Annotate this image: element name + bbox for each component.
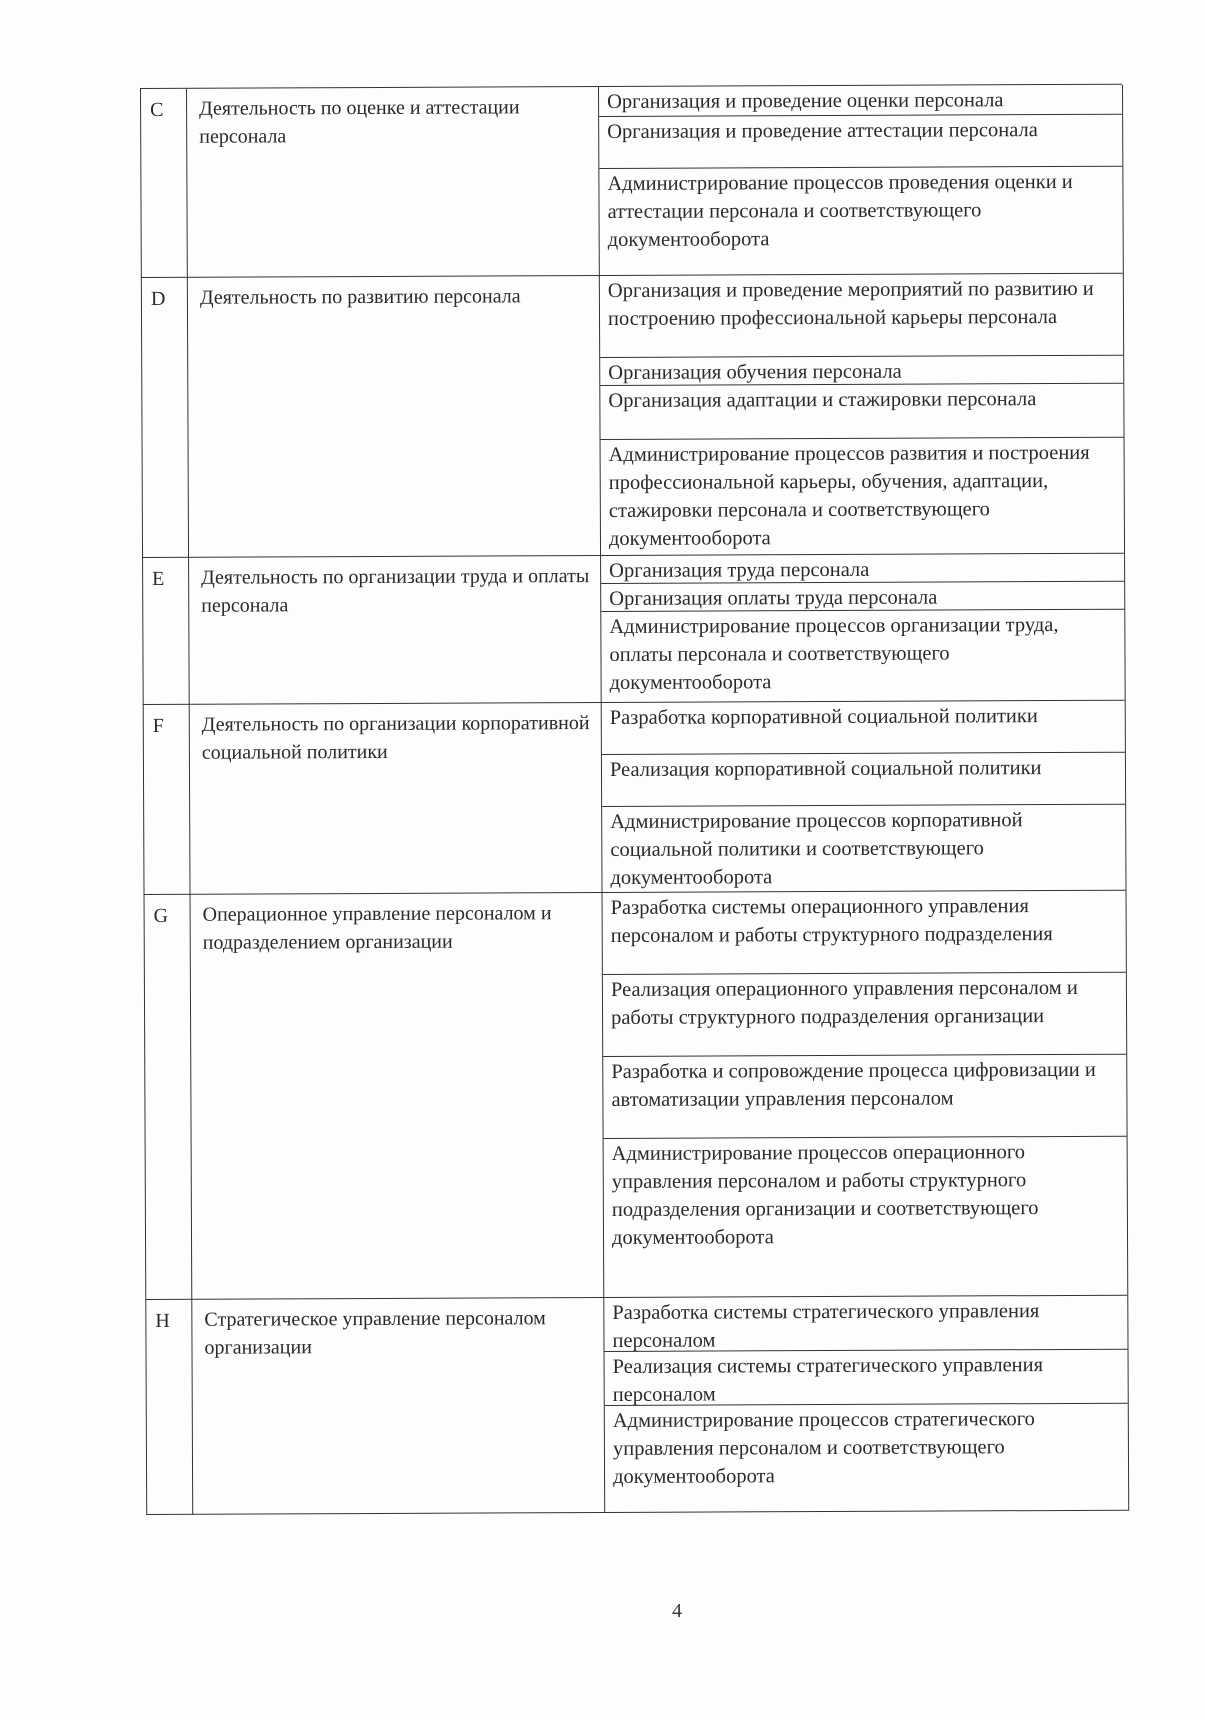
table-row-group: EДеятельность по организации труда и опл… xyxy=(142,554,1125,705)
function-item: Администрирование процессов стратегическ… xyxy=(605,1404,1128,1513)
function-item: Реализация корпоративной социальной поли… xyxy=(602,753,1125,807)
function-item: Организация адаптации и стажировки персо… xyxy=(600,384,1123,440)
functions-list: Организация и проведение мероприятий по … xyxy=(600,274,1125,556)
row-code: G xyxy=(145,895,193,1300)
table-row-group: CДеятельность по оценке и аттестации пер… xyxy=(140,84,1123,278)
function-item: Администрирование процессов корпоративно… xyxy=(602,805,1125,893)
activity-name: Деятельность по оценке и аттестации перс… xyxy=(187,87,600,279)
function-item: Реализация системы стратегического управ… xyxy=(605,1350,1128,1406)
functions-list: Организация и проведение оценки персонал… xyxy=(599,85,1124,277)
function-item: Разработка системы стратегического управ… xyxy=(604,1296,1127,1352)
function-item: Администрирование процессов организации … xyxy=(601,610,1124,703)
function-item: Администрирование процессов проведения о… xyxy=(599,167,1122,277)
functions-table: CДеятельность по оценке и аттестации пер… xyxy=(140,84,1128,1515)
function-item: Разработка и сопровождение процесса цифр… xyxy=(603,1055,1126,1139)
table-row-group: GОперационное управление персоналом и по… xyxy=(144,891,1128,1300)
row-code: D xyxy=(142,278,189,558)
function-item: Организация и проведение оценки персонал… xyxy=(599,85,1122,117)
function-item: Организация и проведение аттестации перс… xyxy=(599,115,1122,169)
function-item: Реализация операционного управления перс… xyxy=(603,973,1126,1057)
row-code: F xyxy=(144,705,191,895)
activity-name: Операционное управление персоналом и под… xyxy=(191,893,605,1300)
activity-name: Стратегическое управление персоналом орг… xyxy=(192,1298,605,1515)
row-code: H xyxy=(146,1300,193,1515)
page-number: 4 xyxy=(672,1600,682,1623)
activity-name: Деятельность по организации корпоративно… xyxy=(190,703,603,895)
functions-list: Организация труда персоналаОрганизация о… xyxy=(601,554,1126,703)
functions-list: Разработка корпоративной социальной поли… xyxy=(602,701,1127,893)
row-code: E xyxy=(143,558,190,705)
function-item: Организация труда персонала xyxy=(601,554,1124,584)
functions-list: Разработка системы стратегического управ… xyxy=(604,1296,1129,1513)
function-item: Разработка корпоративной социальной поли… xyxy=(602,701,1125,755)
table-row-group: FДеятельность по организации корпоративн… xyxy=(143,701,1126,895)
activity-name: Деятельность по организации труда и опла… xyxy=(189,556,602,705)
table-row-group: HСтратегическое управление персоналом ор… xyxy=(145,1296,1128,1515)
document-page: CДеятельность по оценке и аттестации пер… xyxy=(0,0,1205,1720)
function-item: Администрирование процессов операционног… xyxy=(604,1137,1128,1298)
functions-list: Разработка системы операционного управле… xyxy=(603,891,1129,1298)
function-item: Разработка системы операционного управле… xyxy=(603,891,1126,975)
activity-name: Деятельность по развитию персонала xyxy=(188,276,601,558)
table-row-group: DДеятельность по развитию персоналаОрган… xyxy=(141,274,1124,558)
function-item: Администрирование процессов развития и п… xyxy=(601,438,1125,556)
function-item: Организация обучения персонала xyxy=(600,356,1123,386)
function-item: Организация оплаты труда персонала xyxy=(601,582,1124,612)
row-code: C xyxy=(141,89,188,279)
function-item: Организация и проведение мероприятий по … xyxy=(600,274,1123,358)
